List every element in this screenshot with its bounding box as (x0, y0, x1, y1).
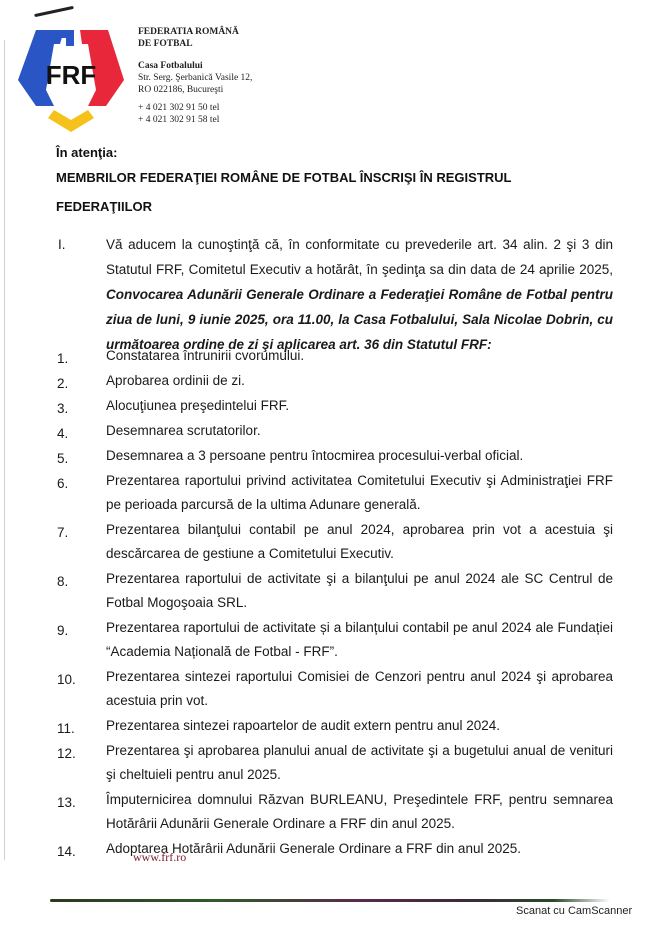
agenda-item: 5.Desemnarea a 3 persoane pentru întocmi… (57, 444, 613, 468)
agenda-item-text: Constatarea întrunirii cvorumului. (106, 348, 304, 363)
agenda-item-number: 2. (57, 372, 68, 396)
agenda-item-text: Desemnarea scrutatorilor. (106, 423, 261, 438)
section-numeral: I. (58, 232, 66, 257)
addressee-line1: MEMBRILOR FEDERAŢIEI ROMÂNE DE FOTBAL ÎN… (56, 163, 576, 192)
attention-label: În atenţia: (56, 145, 117, 160)
agenda-item: 7.Prezentarea bilanţului contabil pe anu… (57, 518, 613, 566)
agenda-item-text: Desemnarea a 3 persoane pentru întocmire… (106, 448, 523, 463)
casa-fotbalului: Casa Fotbalului (138, 60, 252, 72)
agenda-item-text: Aprobarea ordinii de zi. (106, 373, 245, 388)
agenda-item-number: 11. (57, 717, 75, 741)
intro-paragraph: I. Vă aducem la cunoştinţă că, în confor… (58, 232, 613, 357)
agenda-item-text: Alocuţiunea preşedintelui FRF. (106, 398, 289, 413)
org-name-line1: FEDERATIA ROMÂNĂ (138, 26, 252, 38)
agenda-item: 9.Prezentarea raportului de activitate ș… (57, 616, 613, 664)
agenda-item-text: Prezentarea sintezei raportului Comisiei… (106, 669, 613, 708)
page-edge (4, 40, 5, 860)
agenda-item-text: Prezentarea şi aprobarea planului anual … (106, 743, 613, 782)
agenda-item: 13.Împuternicirea domnului Răzvan BURLEA… (57, 788, 613, 836)
agenda-item-text: Prezentarea raportului de activitate și … (106, 620, 613, 659)
agenda-item: 4.Desemnarea scrutatorilor. (57, 419, 613, 443)
pen-mark (34, 6, 74, 17)
agenda-item: 8.Prezentarea raportului de activitate ş… (57, 567, 613, 615)
agenda-item-text: Prezentarea bilanţului contabil pe anul … (106, 522, 613, 561)
agenda-item-text: Prezentarea raportului de activitate şi … (106, 571, 613, 610)
agenda-item-number: 10. (57, 668, 76, 692)
agenda-item: 11.Prezentarea sintezei rapoartelor de a… (57, 714, 613, 738)
agenda-item-number: 8. (57, 570, 68, 594)
document-page: FRF FEDERATIA ROMÂNĂ DE FOTBAL Casa Fotb… (0, 0, 658, 930)
agenda-item: 10.Prezentarea sintezei raportului Comis… (57, 665, 613, 713)
scanner-watermark: Scanat cu CamScanner (516, 905, 632, 917)
agenda-item: 12.Prezentarea şi aprobarea planului anu… (57, 739, 613, 787)
agenda-item-text: Prezentarea raportului privind activitat… (106, 473, 613, 512)
agenda-item: 2.Aprobarea ordinii de zi. (57, 369, 613, 393)
agenda-item-number: 6. (57, 472, 68, 496)
agenda-item-text: Împuternicirea domnului Răzvan BURLEANU,… (106, 792, 613, 831)
intro-text: Vă aducem la cunoştinţă că, în conformit… (106, 237, 613, 277)
letterhead: FEDERATIA ROMÂNĂ DE FOTBAL Casa Fotbalul… (138, 26, 252, 126)
intro-convocation: Convocarea Adunării Generale Ordinare a … (106, 287, 613, 352)
agenda-item-number: 3. (57, 397, 68, 421)
agenda-item-number: 4. (57, 422, 68, 446)
agenda-list: 1.Constatarea întrunirii cvorumului.2.Ap… (57, 344, 613, 862)
agenda-item-number: 13. (57, 791, 76, 815)
phone-1: + 4 021 302 91 50 tel (138, 102, 252, 114)
address-line2: RO 022186, Bucureşti (138, 84, 252, 96)
agenda-item-text: Prezentarea sintezei rapoartelor de audi… (106, 718, 500, 733)
agenda-item: 3.Alocuţiunea preşedintelui FRF. (57, 394, 613, 418)
address-line1: Str. Serg. Şerbanică Vasile 12, (138, 72, 252, 84)
frf-logo-icon: FRF (14, 22, 128, 132)
agenda-item: 6.Prezentarea raportului privind activit… (57, 469, 613, 517)
agenda-item-number: 9. (57, 619, 68, 643)
addressee-line2: FEDERAŢIILOR (56, 192, 576, 221)
org-name-line2: DE FOTBAL (138, 38, 252, 50)
svg-text:FRF: FRF (46, 60, 97, 90)
agenda-item-number: 14. (57, 840, 76, 864)
agenda-item-number: 7. (57, 521, 68, 545)
agenda-item-number: 12. (57, 742, 76, 766)
page-bottom-edge (50, 899, 610, 902)
website-link[interactable]: www.frf.ro (133, 850, 186, 865)
agenda-item-number: 1. (57, 347, 68, 371)
agenda-item: 1.Constatarea întrunirii cvorumului. (57, 344, 613, 368)
phone-2: + 4 021 302 91 58 tel (138, 114, 252, 126)
addressee: MEMBRILOR FEDERAŢIEI ROMÂNE DE FOTBAL ÎN… (56, 163, 576, 221)
agenda-item-number: 5. (57, 447, 68, 471)
